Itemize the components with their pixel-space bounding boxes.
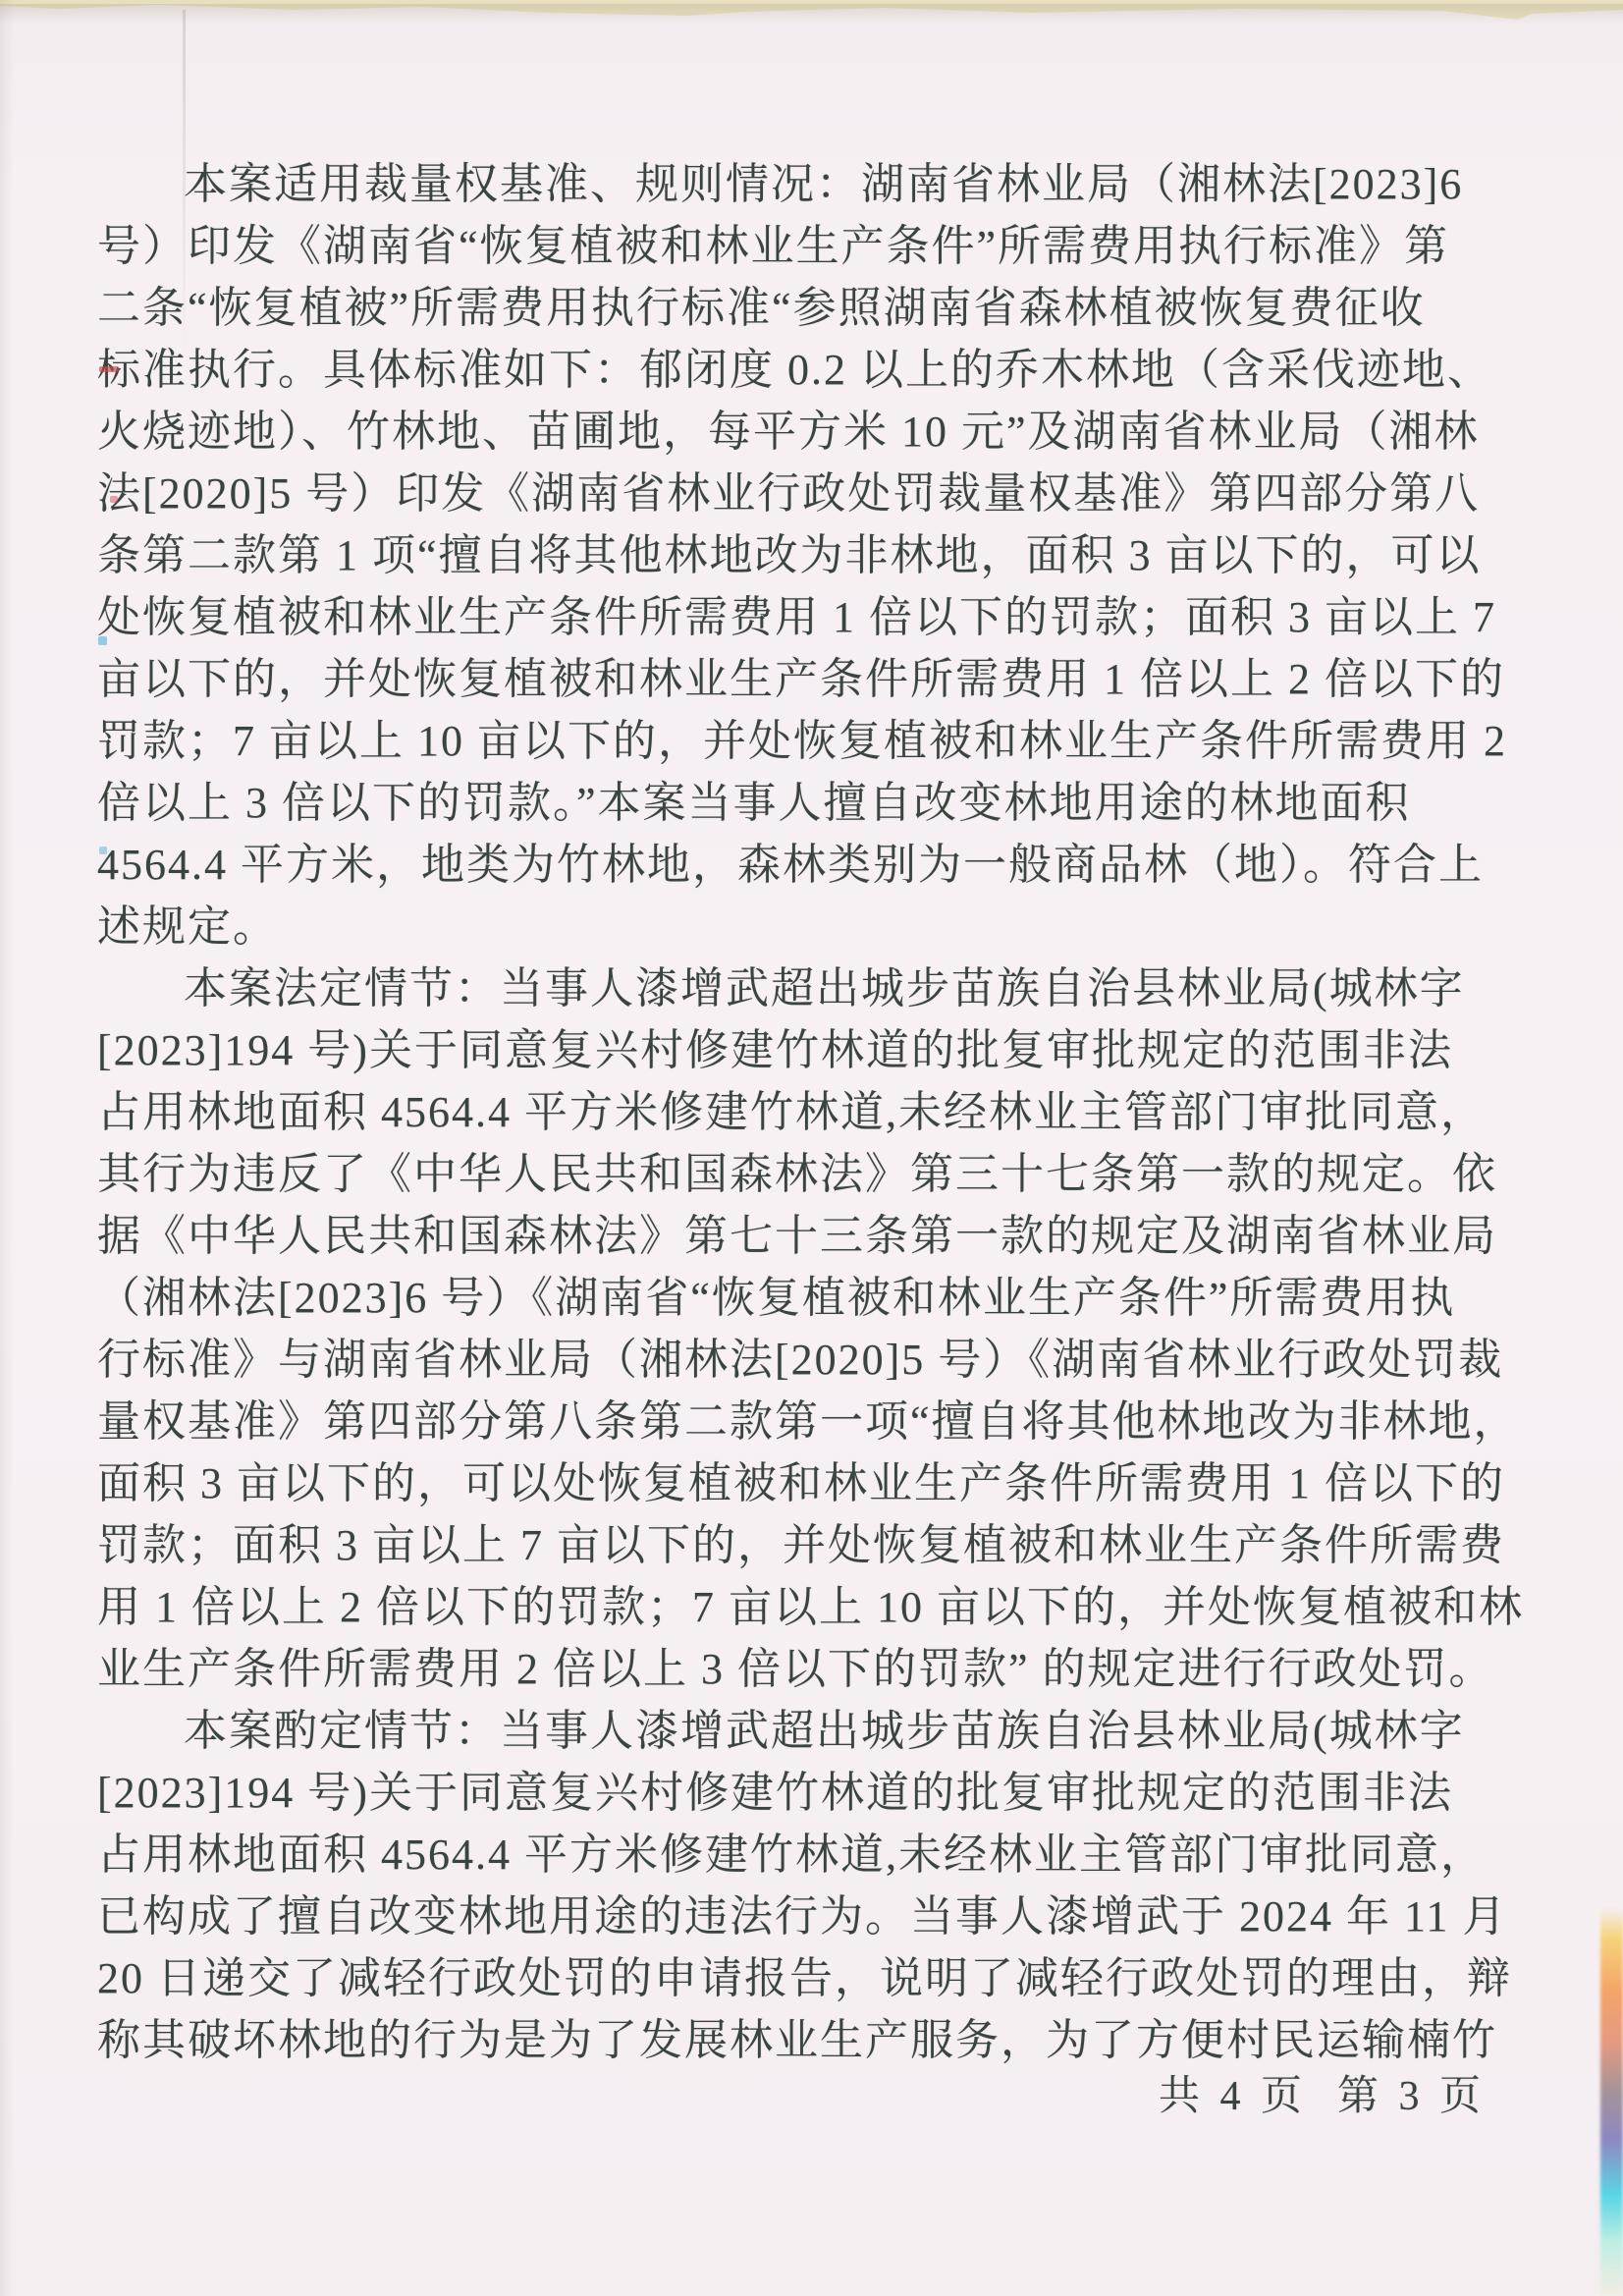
text-line: 述规定。: [97, 896, 1545, 957]
text-line: 量权基准》第四部分第八条第二款第一项“擅自将其他林地改为非林地，: [97, 1391, 1545, 1452]
text-line: 20 日递交了减轻行政处罚的申请报告，说明了减轻行政处罚的理由，辩: [97, 1947, 1545, 2009]
ink-fringe-artifact: [99, 847, 107, 854]
text-line: 本案适用裁量权基准、规则情况：湖南省林业局（湘林法[2023]6: [97, 153, 1545, 215]
text-line: 其行为违反了《中华人民共和国森林法》第三十七条第一款的规定。依: [97, 1143, 1545, 1205]
left-edge-shading: [0, 0, 14, 2296]
text-line: 称其破坏林地的行为是为了发展林业生产服务，为了方便村民运输楠竹: [97, 2009, 1545, 2071]
text-line: [2023]194 号)关于同意复兴村修建竹林道的批复审批规定的范围非法: [97, 1019, 1545, 1081]
ink-fringe-artifact: [98, 636, 107, 645]
text-line: 业生产条件所需费用 2 倍以上 3 倍以下的罚款” 的规定进行行政处罚。: [97, 1638, 1545, 1700]
paper-top-edge: [0, 0, 1623, 22]
text-line: [2023]194 号)关于同意复兴村修建竹林道的批复审批规定的范围非法: [97, 1762, 1545, 1824]
text-line: 面积 3 亩以下的，可以处恢复植被和林业生产条件所需费用 1 倍以下的: [97, 1452, 1545, 1514]
text-line: 已构成了擅自改变林地用途的违法行为。当事人漆增武于 2024 年 11 月: [97, 1886, 1545, 1947]
text-line: 号）印发《湖南省“恢复植被和林业生产条件”所需费用执行标准》第: [97, 215, 1545, 277]
text-line: 占用林地面积 4564.4 平方米修建竹林道,未经林业主管部门审批同意，: [97, 1824, 1545, 1886]
text-line: 据《中华人民共和国森林法》第七十三条第一款的规定及湖南省林业局: [97, 1205, 1545, 1267]
page-footer-pagination: 共 4 页 第 3 页: [1159, 2072, 1486, 2121]
text-line: （湘林法[2023]6 号）《湖南省“恢复植被和林业生产条件”所需费用执: [97, 1267, 1545, 1329]
scanned-page: 本案适用裁量权基准、规则情况：湖南省林业局（湘林法[2023]6号）印发《湖南省…: [0, 0, 1623, 2296]
text-line: 处恢复植被和林业生产条件所需费用 1 倍以下的罚款；面积 3 亩以上 7: [97, 586, 1545, 648]
text-line: 亩以下的，并处恢复植被和林业生产条件所需费用 1 倍以上 2 倍以下的: [97, 648, 1545, 710]
text-line: 本案法定情节：当事人漆增武超出城步苗族自治县林业局(城林字: [97, 957, 1545, 1019]
text-line: 标准执行。具体标准如下：郁闭度 0.2 以上的乔木林地（含采伐迹地、: [97, 339, 1545, 401]
text-line: 用 1 倍以上 2 倍以下的罚款；7 亩以上 10 亩以下的，并处恢复植被和林: [97, 1576, 1545, 1638]
ink-fringe-artifact: [110, 496, 118, 503]
text-line: 倍以上 3 倍以下的罚款。”本案当事人擅自改变林地用途的林地面积: [97, 772, 1545, 834]
text-line: 条第二款第 1 项“擅自将其他林地改为非林地，面积 3 亩以下的，可以: [97, 524, 1545, 586]
text-line: 行标准》与湖南省林业局（湘林法[2020]5 号）《湖南省林业行政处罚裁: [97, 1329, 1545, 1391]
text-line: 二条“恢复植被”所需费用执行标准“参照湖南省森林植被恢复费征收: [97, 277, 1545, 339]
text-line: 罚款；面积 3 亩以上 7 亩以下的，并处恢复植被和林业生产条件所需费: [97, 1514, 1545, 1576]
text-line: 罚款；7 亩以上 10 亩以下的，并处恢复植被和林业生产条件所需费用 2: [97, 710, 1545, 772]
ink-fringe-artifact: [99, 366, 119, 372]
text-line: 火烧迹地）、竹林地、苗圃地，每平方米 10 元”及湖南省林业局（湘林: [97, 401, 1545, 463]
text-line: 本案酌定情节：当事人漆增武超出城步苗族自治县林业局(城林字: [97, 1700, 1545, 1762]
text-line: 占用林地面积 4564.4 平方米修建竹林道,未经林业主管部门审批同意，: [97, 1081, 1545, 1143]
text-lines: 本案适用裁量权基准、规则情况：湖南省林业局（湘林法[2023]6号）印发《湖南省…: [97, 153, 1545, 2071]
text-line: 4564.4 平方米，地类为竹林地，森林类别为一般商品林（地）。符合上: [97, 834, 1545, 896]
text-line: 法[2020]5 号）印发《湖南省林业行政处罚裁量权基准》第四部分第八: [97, 463, 1545, 524]
rainbow-scan-artifact: [1600, 1907, 1623, 2296]
